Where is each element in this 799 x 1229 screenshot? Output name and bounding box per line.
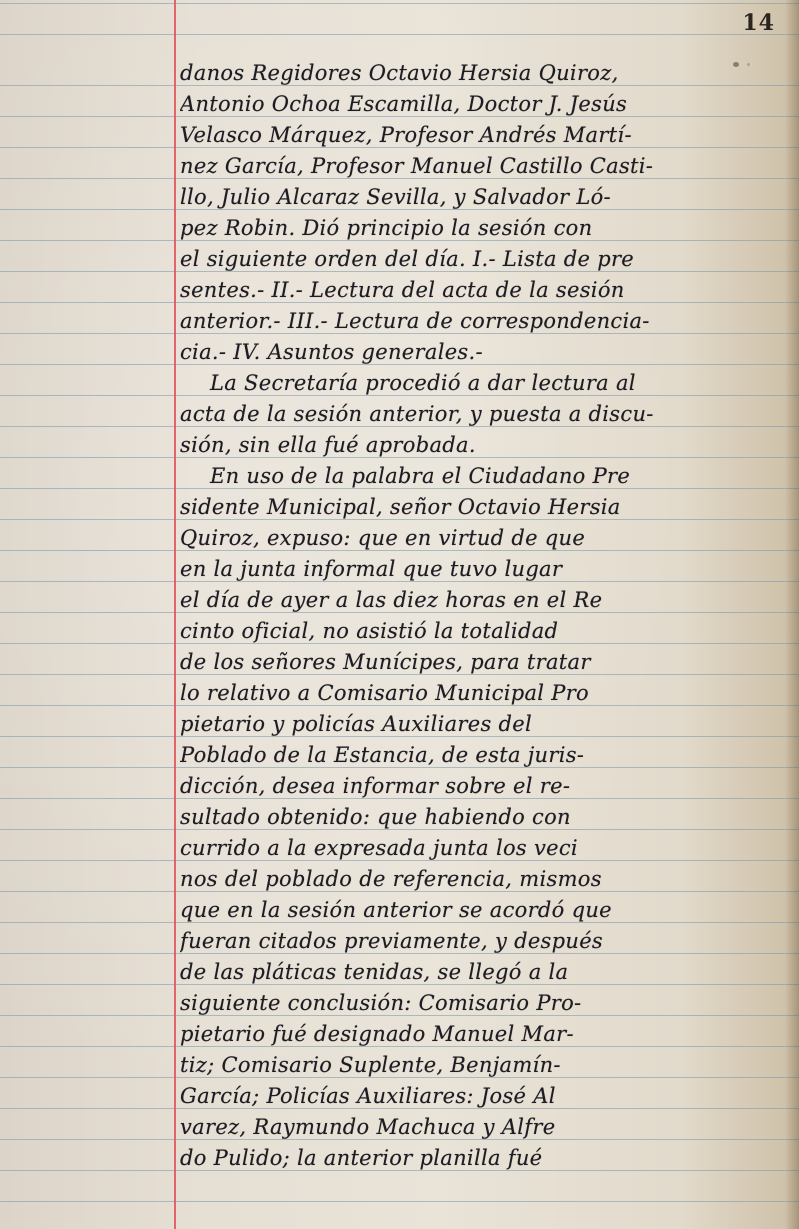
handwritten-line: anterior.- III.- Lectura de corresponden…: [180, 306, 785, 337]
handwritten-line: sultado obtenido: que habiendo con: [180, 802, 785, 833]
handwritten-line: Velasco Márquez, Profesor Andrés Martí-: [180, 120, 785, 151]
handwritten-line: pez Robin. Dió principio la sesión con: [180, 213, 785, 244]
handwritten-line: nos del poblado de referencia, mismos: [180, 864, 785, 895]
handwritten-line: siguiente conclusión: Comisario Pro-: [180, 988, 785, 1019]
page-edge-shadow: [785, 0, 799, 1229]
handwritten-text-body: danos Regidores Octavio Hersia Quiroz,An…: [180, 58, 785, 1174]
page-number: 14: [742, 10, 775, 36]
handwritten-line: fueran citados previamente, y después: [180, 926, 785, 957]
handwritten-line: sentes.- II.- Lectura del acta de la ses…: [180, 275, 785, 306]
red-margin-line: [174, 0, 176, 1229]
handwritten-line: danos Regidores Octavio Hersia Quiroz,: [180, 58, 785, 89]
handwritten-line: currido a la expresada junta los veci: [180, 833, 785, 864]
handwritten-line: tiz; Comisario Suplente, Benjamín-: [180, 1050, 785, 1081]
handwritten-line: acta de la sesión anterior, y puesta a d…: [180, 399, 785, 430]
handwritten-line: de las pláticas tenidas, se llegó a la: [180, 957, 785, 988]
ledger-page: 14 danos Regidores Octavio Hersia Quiroz…: [0, 0, 799, 1229]
handwritten-line: Antonio Ochoa Escamilla, Doctor J. Jesús: [180, 89, 785, 120]
handwritten-line: sidente Municipal, señor Octavio Hersia: [180, 492, 785, 523]
handwritten-line: La Secretaría procedió a dar lectura al: [180, 368, 785, 399]
handwritten-line: que en la sesión anterior se acordó que: [180, 895, 785, 926]
handwritten-line: pietario fué designado Manuel Mar-: [180, 1019, 785, 1050]
handwritten-line: en la junta informal que tuvo lugar: [180, 554, 785, 585]
handwritten-line: lo relativo a Comisario Municipal Pro: [180, 678, 785, 709]
handwritten-line: cia.- IV. Asuntos generales.-: [180, 337, 785, 368]
handwritten-line: de los señores Munícipes, para tratar: [180, 647, 785, 678]
handwritten-line: dicción, desea informar sobre el re-: [180, 771, 785, 802]
handwritten-line: do Pulido; la anterior planilla fué: [180, 1143, 785, 1174]
handwritten-line: cinto oficial, no asistió la totalidad: [180, 616, 785, 647]
handwritten-line: varez, Raymundo Machuca y Alfre: [180, 1112, 785, 1143]
handwritten-line: García; Policías Auxiliares: José Al: [180, 1081, 785, 1112]
handwritten-line: sión, sin ella fué aprobada.: [180, 430, 785, 461]
handwritten-line: Quiroz, expuso: que en virtud de que: [180, 523, 785, 554]
handwritten-line: nez García, Profesor Manuel Castillo Cas…: [180, 151, 785, 182]
handwritten-line: el siguiente orden del día. I.- Lista de…: [180, 244, 785, 275]
handwritten-line: En uso de la palabra el Ciudadano Pre: [180, 461, 785, 492]
handwritten-line: Poblado de la Estancia, de esta juris-: [180, 740, 785, 771]
handwritten-line: pietario y policías Auxiliares del: [180, 709, 785, 740]
handwritten-line: llo, Julio Alcaraz Sevilla, y Salvador L…: [180, 182, 785, 213]
handwritten-line: el día de ayer a las diez horas en el Re: [180, 585, 785, 616]
